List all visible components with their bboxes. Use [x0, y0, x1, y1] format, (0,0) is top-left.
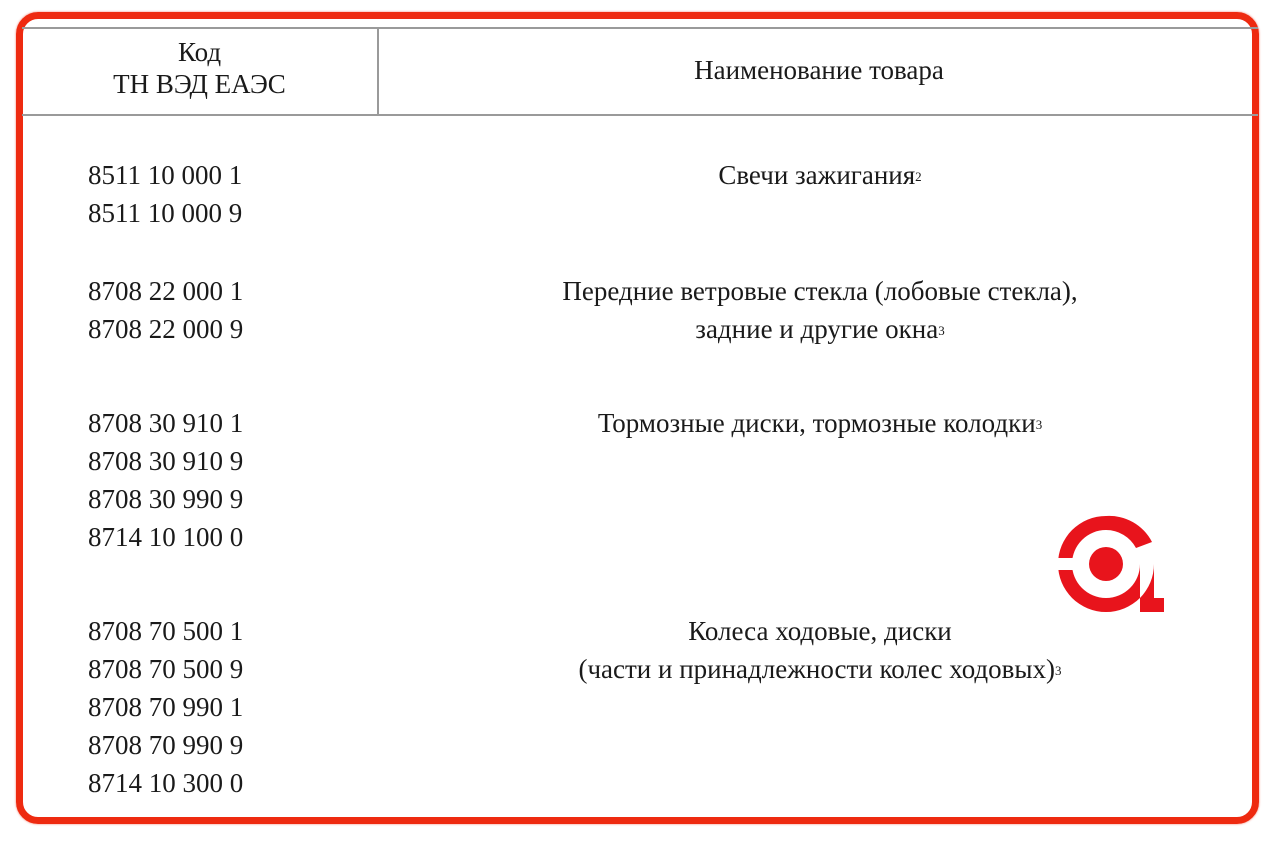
- name-line: задние и другие окна3: [380, 310, 1260, 348]
- name-line: Тормозные диски, тормозные колодки3: [380, 404, 1260, 442]
- code-cell: 8708 70 500 1: [88, 612, 243, 650]
- header-code-line2: ТН ВЭД ЕАЭС: [22, 68, 377, 100]
- table-row-codes: 8511 10 000 1 8511 10 000 9: [88, 156, 242, 232]
- code-cell: 8708 70 990 9: [88, 726, 243, 764]
- code-cell: 8708 30 990 9: [88, 480, 243, 518]
- table-row-codes: 8708 70 500 1 8708 70 500 9 8708 70 990 …: [88, 612, 243, 802]
- name-line: Передние ветровые стекла (лобовые стекла…: [380, 272, 1260, 310]
- table-row-name: Тормозные диски, тормозные колодки3: [380, 404, 1260, 442]
- footnote-marker: 3: [1036, 417, 1043, 432]
- name-line: (части и принадлежности колес ходовых)3: [380, 650, 1260, 688]
- code-cell: 8714 10 100 0: [88, 518, 243, 556]
- header-bottom-border: [22, 114, 1258, 116]
- table-row-name: Колеса ходовые, диски (части и принадлеж…: [380, 612, 1260, 688]
- name-line: Свечи зажигания2: [380, 156, 1260, 194]
- header-code-line1: Код: [22, 36, 377, 68]
- column-header-code: Код ТН ВЭД ЕАЭС: [22, 36, 377, 100]
- column-header-name: Наименование товара: [379, 54, 1259, 86]
- name-line: Колеса ходовые, диски: [380, 612, 1260, 650]
- code-cell: 8708 70 500 9: [88, 650, 243, 688]
- footnote-marker: 3: [1055, 663, 1062, 678]
- code-cell: 8708 22 000 9: [88, 310, 243, 348]
- table-row-name: Свечи зажигания2: [380, 156, 1260, 194]
- table-row-codes: 8708 22 000 1 8708 22 000 9: [88, 272, 243, 348]
- table-row-name: Передние ветровые стекла (лобовые стекла…: [380, 272, 1260, 348]
- code-cell: 8708 30 910 9: [88, 442, 243, 480]
- footnote-marker: 2: [915, 169, 922, 184]
- table-top-border: [22, 27, 1258, 29]
- footnote-marker: 3: [938, 323, 945, 338]
- code-cell: 8708 22 000 1: [88, 272, 243, 310]
- code-cell: 8511 10 000 1: [88, 156, 242, 194]
- code-cell: 8714 10 300 0: [88, 764, 243, 802]
- code-cell: 8511 10 000 9: [88, 194, 242, 232]
- code-cell: 8708 70 990 1: [88, 688, 243, 726]
- table-row-codes: 8708 30 910 1 8708 30 910 9 8708 30 990 …: [88, 404, 243, 556]
- code-cell: 8708 30 910 1: [88, 404, 243, 442]
- red-a-logo-icon: [1048, 512, 1164, 616]
